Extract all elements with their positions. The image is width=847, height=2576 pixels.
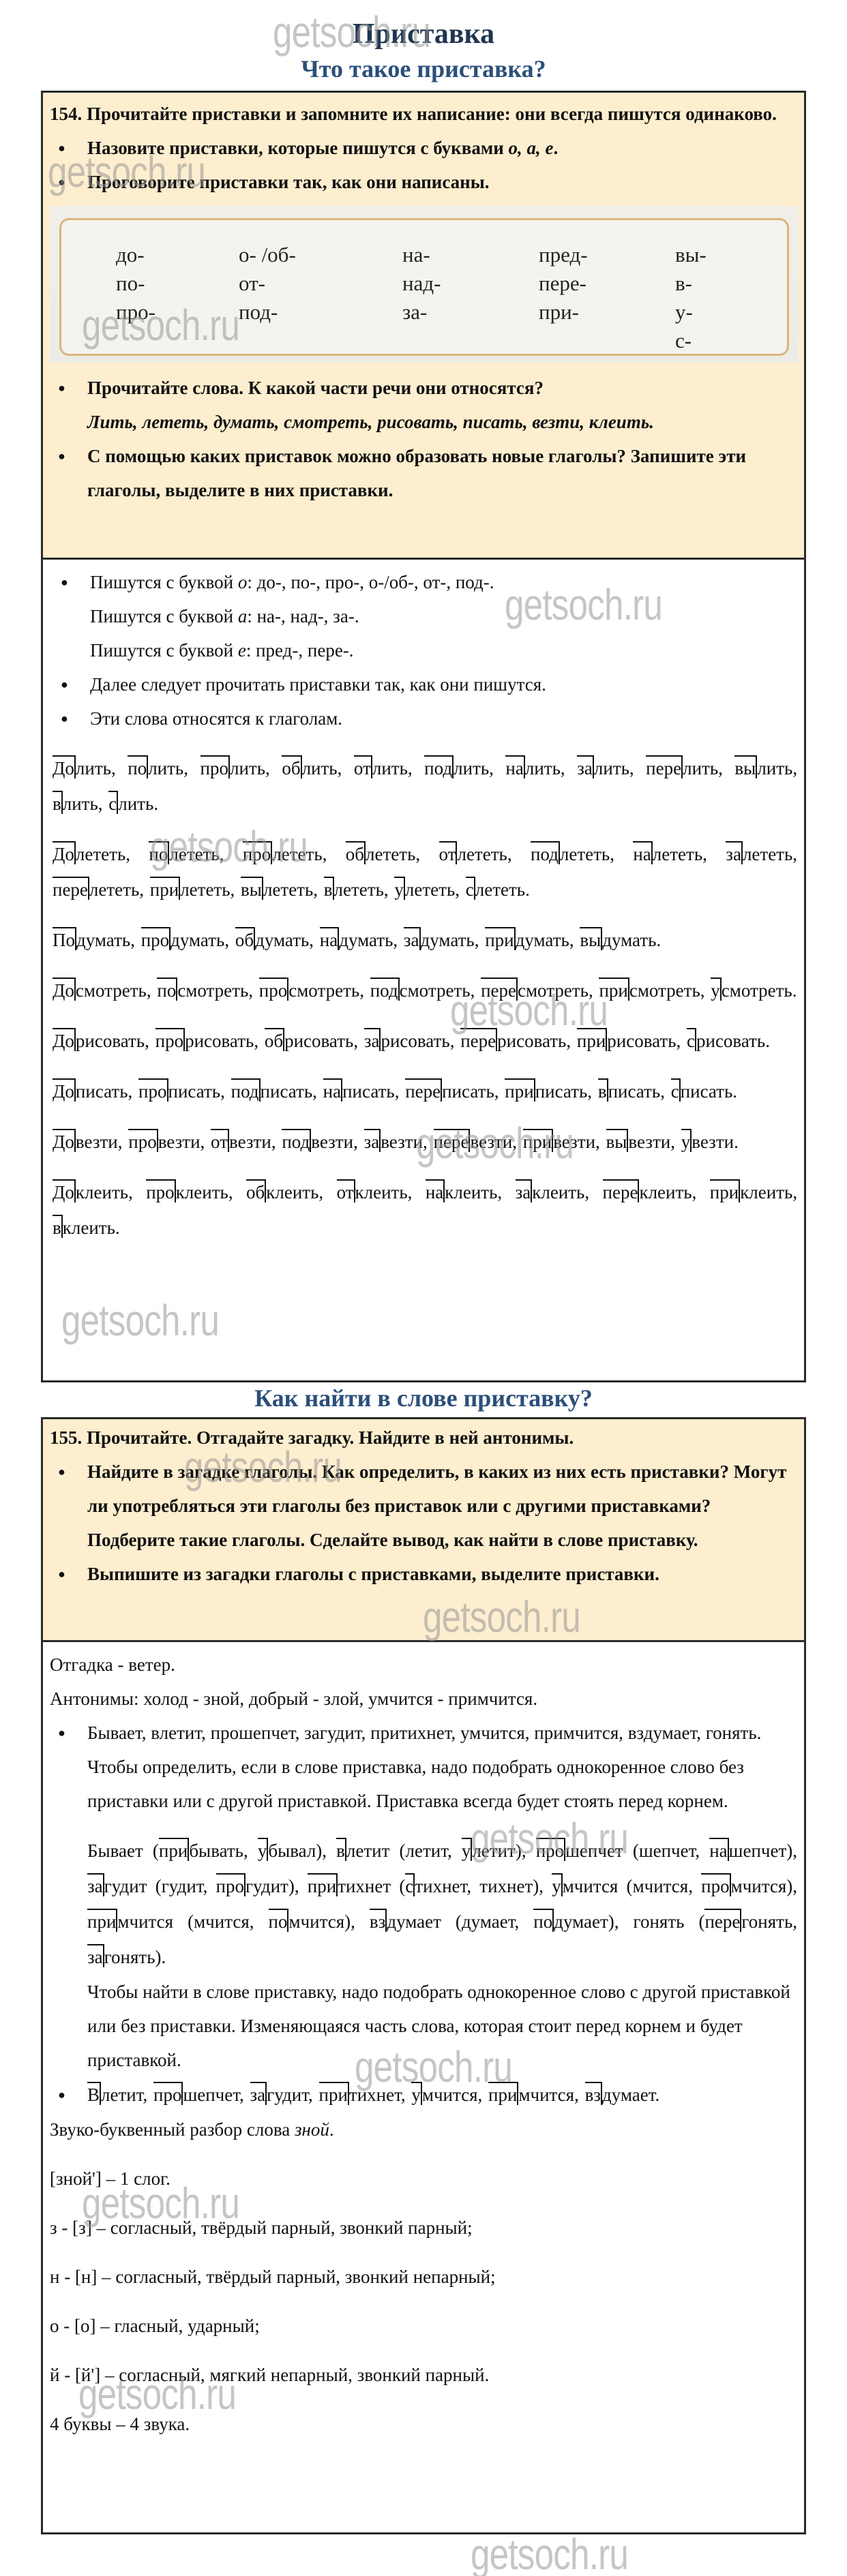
prefix-mark: за: [87, 1944, 104, 1967]
prefix-mark: вз: [585, 2082, 602, 2105]
label: Звуко-буквенный разбор слова: [50, 2119, 295, 2140]
prefixed-word: Дорисовать: [53, 1028, 145, 1051]
word: зной: [295, 2119, 329, 2140]
prefixed-word: переклеить: [603, 1179, 692, 1202]
analysis-line: 4 буквы – 4 звука.: [50, 2407, 797, 2441]
prefixed-word: Влетит: [87, 2082, 143, 2105]
analysis-line: й - [й'] – согласный, мягкий непарный, з…: [50, 2358, 797, 2392]
prefix-mark: про: [200, 755, 230, 778]
prefix-mark: про: [153, 2082, 183, 2105]
task-bullet: Найдите в загадке глаголы. Как определит…: [50, 1455, 799, 1557]
prefixed-word: вывезти: [606, 1129, 671, 1152]
prefixed-word: прилететь: [150, 877, 231, 900]
prefixed-word: надумать: [320, 927, 393, 950]
prefix-mark: при: [599, 978, 629, 1001]
prefixed-word: выдумать: [580, 927, 656, 950]
prefix-item: за-: [402, 298, 441, 327]
prefix-mark: за: [577, 755, 594, 778]
prefixed-word: присмотреть: [599, 978, 700, 1001]
analysis-line: н - [н] – согласный, твёрдый парный, зво…: [50, 2260, 797, 2294]
letter: е: [238, 640, 246, 661]
prefixed-word: прибывать: [159, 1838, 243, 1861]
prefixed-word: тихнет: [479, 1876, 533, 1896]
answer-bullet: Бывает, влетит, прошепчет, загудит, прит…: [50, 1716, 797, 1750]
prefixed-word: отклеить: [337, 1179, 408, 1202]
exercise-154-frame: 154. Прочитайте приставки и запомните их…: [41, 91, 806, 1382]
prefix-mark: про: [141, 927, 170, 950]
prefix-mark: за: [404, 927, 421, 950]
prefixed-word: провезти: [128, 1129, 200, 1152]
prefix-mark: при: [577, 1028, 607, 1051]
prefixed-word: Дописать: [53, 1078, 128, 1102]
prefix-mark: по: [157, 978, 177, 1001]
prefixed-word: вылить: [734, 755, 792, 778]
prefix-mark: от: [211, 1129, 229, 1152]
task-bullet: Назовите приставки, которые пишутся с бу…: [50, 131, 799, 165]
analysis-line: з - [з] – согласный, твёрдый парный, зво…: [50, 2211, 797, 2245]
list: : пред-, пере-.: [246, 640, 354, 661]
prefix-mark: при: [150, 877, 180, 900]
prefix-mark: за: [726, 841, 743, 864]
prefixed-word: срисовать: [687, 1028, 765, 1051]
prefix-mark: при: [159, 1838, 189, 1861]
prefix-column: вы-в-у-с-: [675, 241, 707, 355]
prefix-mark: с: [687, 1028, 696, 1051]
prefixed-word: усмотреть: [711, 978, 792, 1001]
prefix-mark: по: [149, 841, 169, 864]
analysis-title: Звуко-буквенный разбор слова зной.: [50, 2112, 797, 2147]
prefixed-word: думает: [462, 1911, 515, 1932]
prefix-mark: у: [462, 1838, 473, 1861]
prefixed-word: подумает: [533, 1909, 608, 1932]
prefixed-word: пролететь: [243, 841, 323, 864]
prefix-mark: на: [426, 1179, 445, 1202]
antonyms: Антонимы: холод - зной, добрый - злой, у…: [50, 1682, 797, 1716]
prefixed-word: вылететь: [241, 877, 313, 900]
verb-group: Досмотреть, посмотреть, просмотреть, под…: [53, 973, 797, 1008]
prefixed-word: перерисовать: [460, 1028, 566, 1051]
prefix-mark: вз: [370, 1909, 387, 1932]
prefixed-word: обрисовать: [265, 1028, 353, 1051]
prefix-mark: при: [710, 1179, 740, 1202]
explanation-1: Чтобы определить, если в слове приставка…: [50, 1750, 797, 1818]
exercise-155-answer: Отгадка - ветер. Антонимы: холод - зной,…: [43, 1642, 804, 2441]
prefix-mark: на: [505, 755, 524, 778]
task-bullet: Выпишите из загадки глаголы с приставкам…: [50, 1557, 799, 1591]
task-bullet: Проговорите приставки так, как они напис…: [50, 165, 799, 199]
prefix-mark: вы: [606, 1129, 629, 1152]
prefixed-word: приписать: [505, 1078, 587, 1102]
prefixed-word: посмотреть: [157, 978, 248, 1001]
prefixed-word: Доклеить: [53, 1179, 128, 1202]
prefixed-word: Долететь: [53, 841, 125, 864]
prefix-mark: в: [336, 1838, 346, 1861]
prefixed-word: вздумает: [370, 1909, 441, 1932]
prefix-mark: за: [516, 1179, 533, 1202]
prefixed-word: прошепчет: [153, 2082, 239, 2105]
prefix-mark: пере: [481, 978, 518, 1001]
prefix-mark: при: [87, 1909, 117, 1932]
prefix-item: вы-: [675, 241, 707, 269]
sound-letter-analysis: [зной'] – 1 слог.з - [з] – согласный, тв…: [50, 2162, 797, 2441]
prefixed-word: отвезти: [211, 1129, 271, 1152]
prefixed-word: притихнет: [308, 1873, 391, 1896]
prefix-item: про-: [116, 298, 155, 327]
prefix-mark: пере: [53, 877, 89, 900]
prefixed-word: наклеить: [426, 1179, 498, 1202]
prefixed-word: перегонять: [704, 1909, 792, 1932]
prefix-mark: у: [394, 877, 405, 900]
prefix-item: с-: [675, 327, 707, 355]
prefixed-word: улетит: [462, 1838, 516, 1861]
exercise-155-frame: 155. Прочитайте. Отгадайте загадку. Найд…: [41, 1417, 806, 2534]
prefixed-word: перевезти: [434, 1129, 513, 1152]
label: Пишутся с буквой: [90, 606, 238, 626]
prefixed-word: гонять: [634, 1911, 685, 1932]
prefix-item: у-: [675, 298, 707, 327]
prefix-mark: под: [282, 1129, 311, 1152]
prefixed-word: нашепчет: [709, 1838, 786, 1861]
prefixed-word: перелететь: [53, 877, 139, 900]
section-2-heading: Как найти в слове приставку?: [0, 1384, 847, 1412]
prefix-mark: До: [53, 841, 76, 864]
prefixed-word: увезти: [681, 1129, 734, 1152]
prefix-mark: у: [711, 978, 722, 1001]
prefix-column: пред-пере-при-: [539, 241, 588, 327]
prefix-mark: вы: [241, 877, 263, 900]
prefixed-word: прописать: [138, 1078, 220, 1102]
prefixed-word: подлить: [424, 755, 489, 778]
prefixed-word: загудит: [250, 2082, 309, 2105]
label: Пишутся с буквой: [90, 572, 238, 592]
examples-paragraph: Бывает (прибывать, убывал), влетит (лети…: [50, 1833, 797, 1975]
answer-bullet: Пишутся с буквой о: до-, по-, про-, о-/о…: [53, 565, 797, 599]
label: Пишутся с буквой: [90, 640, 238, 661]
prefixed-word: полить: [128, 755, 183, 778]
exercise-154-answer: Пишутся с буквой о: до-, по-, про-, о-/о…: [43, 560, 804, 1245]
prefixed-word: примчится: [87, 1909, 173, 1932]
page-title: Приставка: [0, 18, 847, 50]
prefixed-word: вклеить: [53, 1215, 115, 1238]
prefix-mark: До: [53, 1028, 76, 1051]
prefix-mark: про: [155, 1028, 185, 1051]
prefixed-word: примчится: [488, 2082, 574, 2105]
prefixed-word: прошепчет: [536, 1838, 623, 1861]
prefixed-word: умчится: [411, 2082, 477, 2105]
prefix-mark: у: [411, 2082, 422, 2105]
prefix-mark: у: [258, 1838, 269, 1861]
prefixed-word: продумать: [141, 927, 225, 950]
verb-group: Довезти, провезти, отвезти, подвезти, за…: [53, 1124, 797, 1160]
prefix-mark: про: [138, 1078, 168, 1102]
prefix-mark: пере: [405, 1078, 442, 1102]
prefixed-word: залить: [577, 755, 629, 778]
prefixed-word: влить: [53, 791, 98, 814]
prefix-mark: про: [128, 1129, 158, 1152]
prefixed-word: мчится: [633, 1876, 689, 1896]
prefix-mark: в: [324, 877, 334, 900]
prefix-mark: об: [346, 841, 366, 864]
prefix-mark: при: [308, 1873, 338, 1896]
prefix-mark: с: [405, 1873, 415, 1896]
prefix-mark: про: [243, 841, 272, 864]
prefix-mark: под: [231, 1078, 261, 1102]
task-bullet: С помощью каких приставок можно образова…: [50, 439, 799, 507]
prefix-mark: До: [53, 1179, 76, 1202]
prefixed-word: убывал: [258, 1838, 316, 1861]
prefixed-word: проклеить: [146, 1179, 228, 1202]
prefix-mark: за: [250, 2082, 267, 2105]
prefix-mark: при: [505, 1078, 535, 1102]
prefix-mark: на: [709, 1838, 728, 1861]
prefix-mark: об: [265, 1028, 284, 1051]
prefix-mark: на: [633, 841, 652, 864]
prefix-mark: До: [53, 1129, 76, 1152]
prefix-mark: с: [466, 877, 475, 900]
prefix-mark: пере: [603, 1179, 640, 1202]
prefix-mark: об: [246, 1179, 266, 1202]
verb-group: Долететь, полететь, пролететь, облететь,…: [53, 836, 797, 907]
prefix-mark: До: [53, 978, 76, 1001]
prefixed-word: пересмотреть: [481, 978, 589, 1001]
list: : на-, над-, за-.: [247, 606, 359, 626]
prefix-item: до-: [116, 241, 155, 269]
prefixed-word: отлить: [354, 755, 408, 778]
task-bullet: Прочитайте слова. К какой части речи они…: [50, 371, 799, 405]
verbs-italic: Лить, лететь, думать, смотреть, рисовать…: [50, 405, 799, 439]
prefixed-word: налететь: [633, 841, 702, 864]
prefix-mark: в: [598, 1078, 608, 1102]
verb-groups: Долить, полить, пролить, облить, отлить,…: [53, 751, 797, 1245]
prefixed-word: мчится: [194, 1911, 250, 1932]
prefix-table-image: до-по-про- о- /об-от-под- на-над-за- пре…: [50, 206, 799, 363]
section-1-heading: Что такое приставка?: [0, 55, 847, 83]
prefixed-word: слететь: [466, 877, 525, 900]
prefixed-word: завезти: [364, 1129, 423, 1152]
answer-line: Пишутся с буквой а: на-, над-, за-.: [53, 599, 797, 633]
prefix-mark: за: [87, 1873, 104, 1896]
prefix-item: при-: [539, 298, 588, 327]
prefixed-word: прорисовать: [155, 1028, 254, 1051]
prefixed-word: залететь: [726, 841, 792, 864]
verb-group: Дорисовать, прорисовать, обрисовать, зар…: [53, 1023, 797, 1059]
prefix-mark: от: [439, 841, 458, 864]
prefixed-word: загонять: [87, 1944, 155, 1967]
prefix-mark: под: [370, 978, 400, 1001]
prefixed-verbs: Влетит, прошепчет, загудит, притихнет, у…: [50, 2077, 797, 2112]
prefix-mark: пере: [646, 755, 683, 778]
prefix-mark: про: [259, 978, 288, 1001]
watermark: getsoch.ru: [471, 2529, 628, 2576]
analysis-line: [зной'] – 1 слог.: [50, 2162, 797, 2196]
prefix-mark: у: [552, 1873, 563, 1896]
prefixed-word: пролить: [200, 755, 266, 778]
prefix-mark: про: [216, 1873, 246, 1896]
prefix-mark: при: [523, 1129, 553, 1152]
prefixed-word: списать: [671, 1078, 733, 1102]
prefixed-word: Довезти: [53, 1129, 118, 1152]
prefixed-word: вписать: [598, 1078, 660, 1102]
verb-group: Дописать, прописать, подписать, написать…: [53, 1074, 797, 1109]
prefixed-word: пририсовать: [577, 1028, 677, 1051]
prefixed-word: обклеить: [246, 1179, 318, 1202]
prefixed-word: вздумает: [585, 2082, 655, 2105]
prefixed-word: загудит: [87, 1873, 147, 1896]
prefixed-word: налить: [505, 755, 560, 778]
exercise-154-task: 154. Прочитайте приставки и запомните их…: [43, 93, 804, 560]
prefixed-word: помчится: [269, 1909, 345, 1932]
prefixed-word: Долить: [53, 755, 111, 778]
prefix-item: в-: [675, 269, 707, 298]
prefixed-word: промчится: [701, 1873, 786, 1896]
prefix-mark: от: [337, 1179, 355, 1202]
letter: о: [238, 572, 248, 592]
prefix-mark: от: [354, 755, 372, 778]
prefixed-word: подсмотреть: [370, 978, 471, 1001]
list: : до-, по-, про-, о-/об-, от-, под-.: [247, 572, 494, 592]
prefixed-word: приклеить: [710, 1179, 793, 1202]
prefixed-word: зарисовать: [364, 1028, 450, 1051]
prefixed-word: влететь: [324, 877, 384, 900]
verb-group: Доклеить, проклеить, обклеить, отклеить,…: [53, 1175, 797, 1245]
analysis-line: о - [о] – гласный, ударный;: [50, 2309, 797, 2343]
explanation-2: Чтобы найти в слове приставку, надо подо…: [50, 1975, 797, 2077]
prefix-mark: по: [533, 1909, 554, 1932]
prefixed-word: задумать: [404, 927, 475, 950]
prefixed-word: влетит: [336, 1838, 389, 1861]
prefix-item: от-: [239, 269, 296, 298]
verb-group: Долить, полить, пролить, облить, отлить,…: [53, 751, 797, 821]
prefixed-word: написать: [323, 1078, 395, 1102]
prefix-table-frame: до-по-про- о- /об-от-под- на-над-за- пре…: [59, 218, 789, 356]
prefix-mark: с: [108, 791, 118, 814]
prefixed-word: Бывает: [87, 1840, 143, 1861]
letter: а: [238, 606, 248, 626]
prefix-mark: на: [323, 1078, 342, 1102]
prefix-item: по-: [116, 269, 155, 298]
prefix-item: на-: [402, 241, 441, 269]
prefixed-word: шепчет: [639, 1840, 696, 1861]
prefix-item: под-: [239, 298, 296, 327]
prefix-mark: пере: [460, 1028, 497, 1051]
bullet-text: Назовите приставки, которые пишутся с бу…: [87, 138, 509, 158]
prefixed-word: облететь: [346, 841, 416, 864]
prefixed-word: слить: [108, 791, 153, 814]
prefix-mark: вы: [580, 927, 602, 950]
prefixed-word: стихнет: [405, 1873, 466, 1896]
prefix-mark: До: [53, 1078, 76, 1102]
prefixed-word: переписать: [405, 1078, 494, 1102]
exercise-155-lead: 155. Прочитайте. Отгадайте загадку. Найд…: [50, 1421, 799, 1455]
prefixed-word: гудит: [162, 1876, 203, 1896]
prefixed-word: подлететь: [531, 841, 610, 864]
prefix-mark: про: [146, 1179, 175, 1202]
prefix-mark: пере: [434, 1129, 471, 1152]
prefix-column: на-над-за-: [402, 241, 441, 327]
answer-line: Пишутся с буквой е: пред-, пере-.: [53, 633, 797, 667]
prefixed-word: Подумать: [53, 927, 130, 950]
answer-bullet: Далее следует прочитать приставки так, к…: [53, 667, 797, 701]
prefix-mark: По: [53, 927, 76, 950]
prefix-mark: на: [320, 927, 339, 950]
exercise-155-task: 155. Прочитайте. Отгадайте загадку. Найд…: [43, 1419, 804, 1642]
prefixed-word: летит: [406, 1840, 447, 1861]
prefix-mark: с: [671, 1078, 681, 1102]
exercise-154-lead: 154. Прочитайте приставки и запомните их…: [50, 97, 799, 131]
prefix-mark: в: [53, 1215, 63, 1238]
prefix-mark: при: [488, 2082, 518, 2105]
prefixed-word: умчится: [552, 1873, 618, 1896]
prefix-mark: по: [128, 755, 148, 778]
bullet-letters: о, а, е: [509, 138, 554, 158]
prefixed-word: заклеить: [516, 1179, 585, 1202]
prefixed-word: придумать: [485, 927, 569, 950]
prefix-mark: пере: [704, 1909, 741, 1932]
prefix-mark: В: [87, 2082, 101, 2105]
prefixed-word: прогудит: [216, 1873, 288, 1896]
prefix-mark: в: [53, 791, 63, 814]
prefixed-word: подписать: [231, 1078, 313, 1102]
prefixed-word: Досмотреть: [53, 978, 147, 1001]
prefix-mark: по: [269, 1909, 289, 1932]
prefix-item: о- /об-: [239, 241, 296, 269]
prefix-mark: про: [536, 1838, 565, 1861]
prefix-column: до-по-про-: [116, 241, 155, 327]
prefixed-word: перелить: [646, 755, 718, 778]
prefix-item: пред-: [539, 241, 588, 269]
prefixed-word: обдумать: [235, 927, 309, 950]
prefix-mark: об: [282, 755, 301, 778]
prefix-mark: вы: [734, 755, 757, 778]
prefix-column: о- /об-от-под-: [239, 241, 296, 327]
prefixed-word: привезти: [523, 1129, 595, 1152]
prefixed-word: подвезти: [282, 1129, 353, 1152]
verb-group: Подумать, продумать, обдумать, надумать,…: [53, 922, 797, 958]
riddle-answer: Отгадка - ветер.: [50, 1648, 797, 1682]
prefix-item: пере-: [539, 269, 588, 298]
prefix-item: над-: [402, 269, 441, 298]
prefix-mark: за: [364, 1028, 381, 1051]
prefix-mark: при: [485, 927, 515, 950]
prefix-mark: про: [701, 1873, 730, 1896]
prefix-mark: за: [364, 1129, 381, 1152]
prefixed-word: полететь: [149, 841, 219, 864]
prefixed-word: просмотреть: [259, 978, 359, 1001]
prefix-mark: под: [424, 755, 454, 778]
answer-bullet: Эти слова относятся к глаголам.: [53, 701, 797, 736]
prefix-mark: у: [681, 1129, 692, 1152]
prefix-mark: До: [53, 755, 76, 778]
prefixed-word: улететь: [394, 877, 455, 900]
prefix-mark: об: [235, 927, 255, 950]
prefixed-word: притихнет: [319, 2082, 401, 2105]
bullet-end: .: [554, 138, 559, 158]
prefixed-word: облить: [282, 755, 337, 778]
prefixed-word: отлететь: [439, 841, 507, 864]
prefix-mark: под: [531, 841, 560, 864]
prefix-mark: при: [319, 2082, 349, 2105]
